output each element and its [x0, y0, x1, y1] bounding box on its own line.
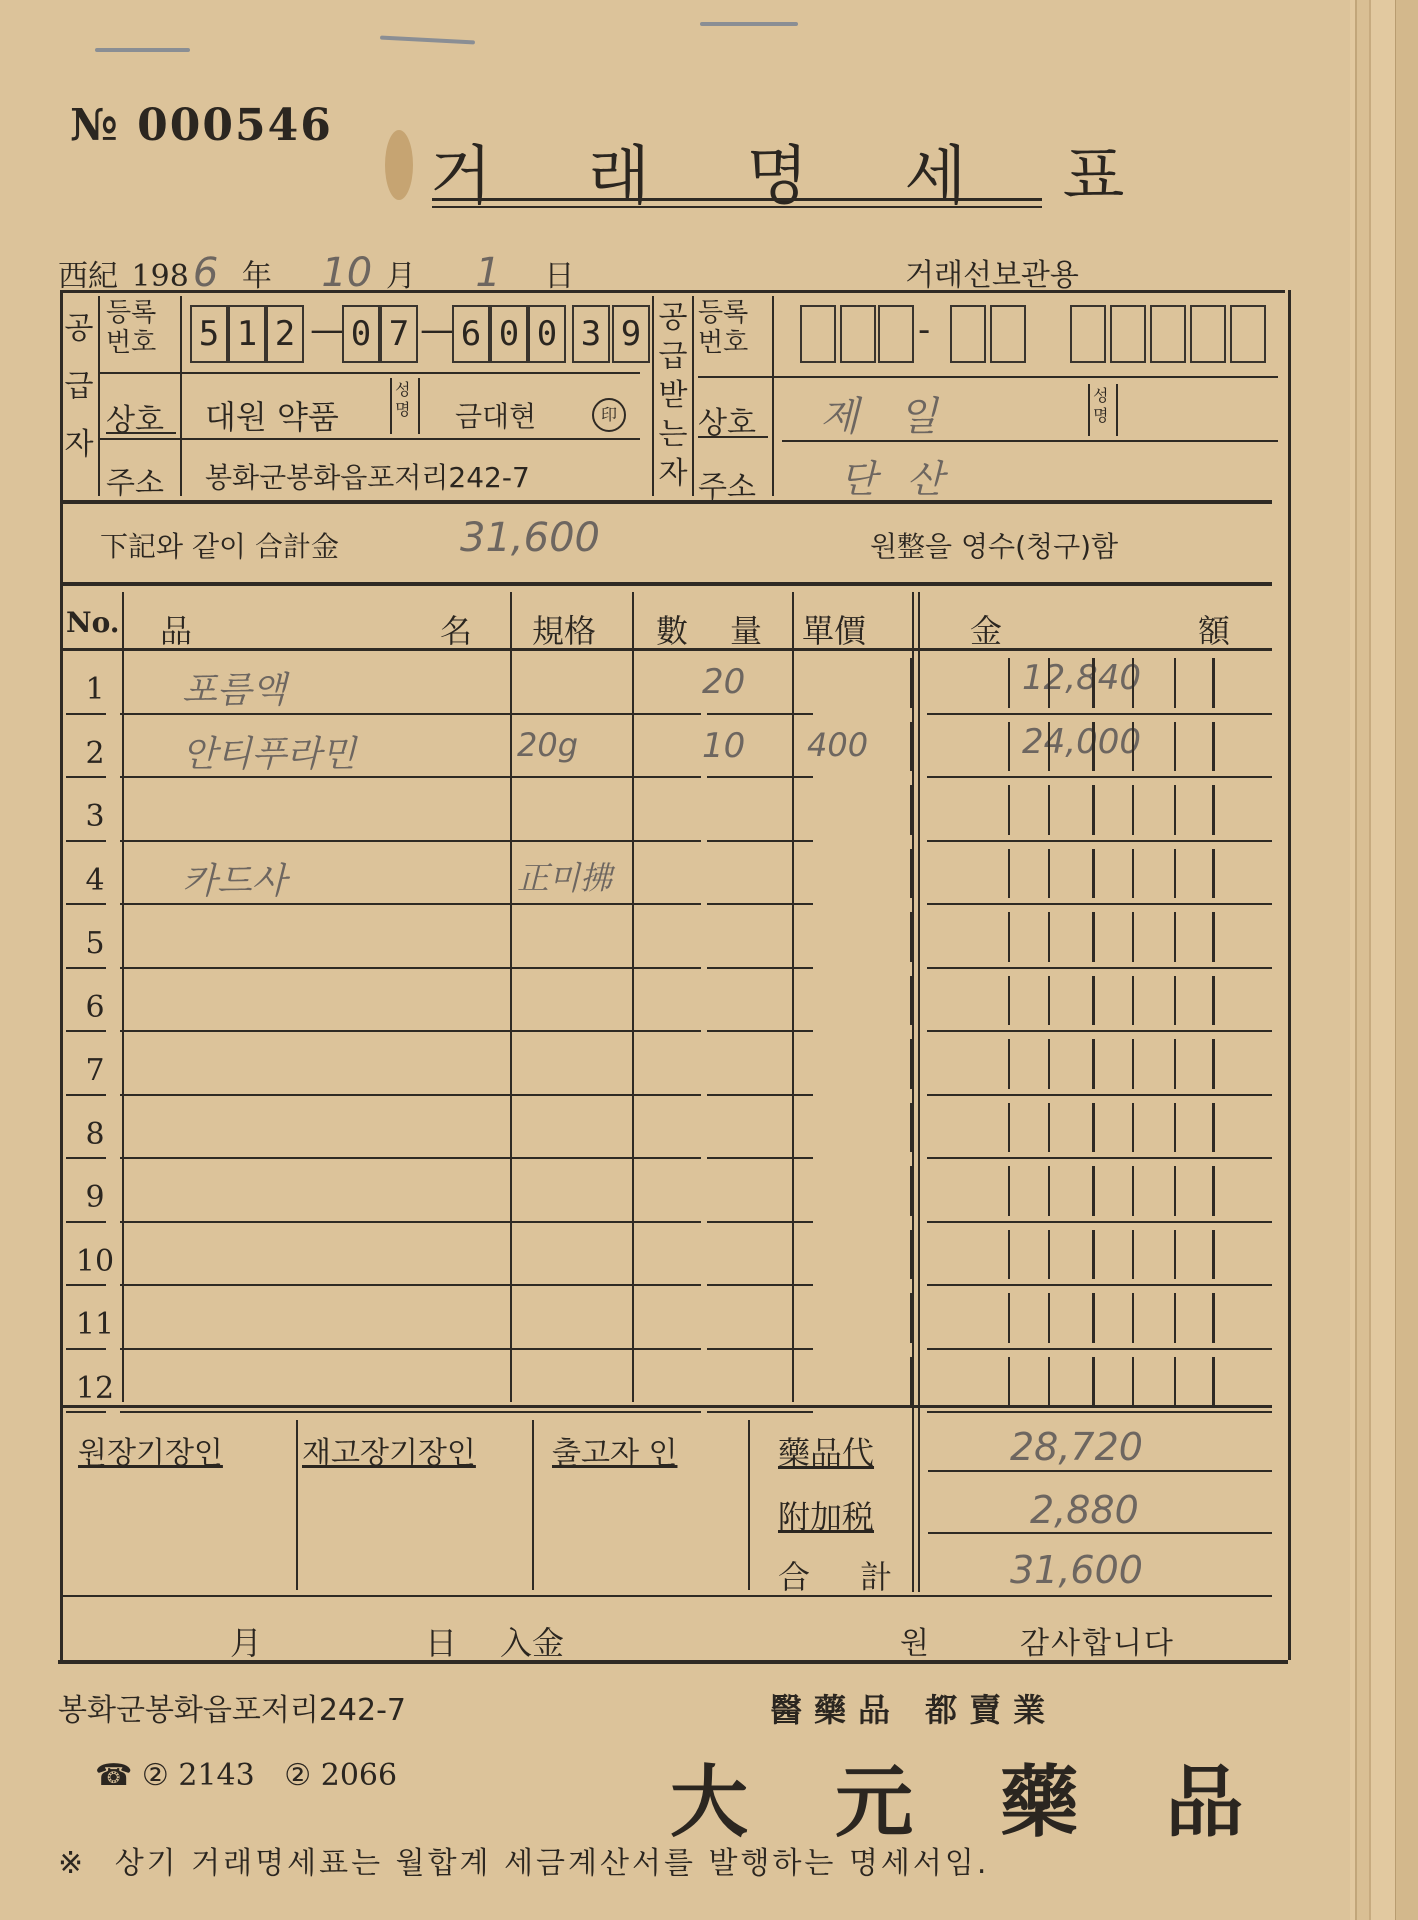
rule — [390, 378, 392, 434]
item-name-handwritten: 카드사 — [182, 853, 562, 904]
col-header-no: No. — [66, 606, 120, 639]
label-char: 공 — [656, 298, 690, 337]
supplier-reg-label: 등록 번호 — [106, 298, 156, 358]
buyer-reg-box[interactable] — [1070, 305, 1106, 363]
col-header-qty-b: 量 — [730, 606, 762, 652]
amount-digit-divider — [1132, 976, 1134, 1026]
amount-digit-divider — [1174, 1230, 1176, 1280]
amount-digit-divider — [1092, 1103, 1095, 1153]
amount-digit-divider — [1174, 1103, 1176, 1153]
rule — [58, 1660, 1288, 1664]
amount-digit-divider — [1092, 722, 1095, 772]
buyer-reg-box[interactable] — [1230, 305, 1266, 363]
amount-digit-divider — [1174, 1039, 1176, 1089]
rule — [927, 1284, 1272, 1286]
rule — [66, 776, 106, 778]
table-row: 7 — [62, 1033, 1272, 1097]
label-char: 는 — [656, 415, 690, 454]
rule — [575, 1284, 701, 1286]
buyer-reg-box[interactable] — [950, 305, 986, 363]
rule — [532, 1420, 534, 1590]
amount-digit-divider — [1132, 1230, 1134, 1280]
amount-digit-divider — [1008, 1166, 1010, 1216]
amount-digit-divider — [1048, 1039, 1050, 1089]
rule — [652, 296, 654, 496]
amount-digit-divider — [1048, 785, 1050, 835]
amount-digit-divider — [1132, 1166, 1134, 1216]
label-char: 자 — [656, 454, 690, 493]
total-handwritten: 31,600 — [1010, 1548, 1143, 1592]
table-row: 9 — [62, 1160, 1272, 1224]
serial-value: 000546 — [137, 100, 333, 151]
amount-digit-divider — [1212, 658, 1215, 708]
amount-digit-divider — [1048, 912, 1050, 962]
table-row: 10 — [62, 1224, 1272, 1288]
serial-number: № 000546 — [70, 100, 333, 151]
amount-digit-divider — [1132, 785, 1134, 835]
reg-dash: - — [918, 310, 930, 350]
table-row: 5 — [62, 906, 1272, 970]
rule — [455, 1030, 577, 1032]
amount-digit-divider — [910, 658, 913, 708]
title-underline — [432, 206, 1042, 208]
buyer-reg-box[interactable] — [1150, 305, 1186, 363]
supplier-rep-label: 성 명 — [395, 380, 410, 420]
company-name: 大 元 藥 品 — [670, 1740, 1273, 1852]
amount-digit-divider — [910, 912, 913, 962]
amount-handwritten: 12,840 — [1022, 658, 1252, 698]
rule — [692, 296, 694, 496]
amount-digit-divider — [1174, 722, 1176, 772]
col-header-spec: 規格 — [532, 606, 596, 652]
spec-handwritten: 正미拂 — [517, 853, 627, 899]
sum-line-suffix: 원整을 영수(청구)함 — [870, 525, 1118, 565]
amount-digit-divider — [1212, 1293, 1215, 1343]
row-number: 3 — [70, 799, 120, 834]
note-mark: ※ — [58, 1846, 83, 1881]
rule — [698, 376, 1278, 378]
amount-digit-divider — [1048, 722, 1050, 772]
label-char: 자 — [62, 416, 96, 474]
rule — [698, 436, 768, 438]
drug-cost-label: 藥品代 — [778, 1428, 874, 1474]
rule — [927, 903, 1272, 905]
rule — [707, 1094, 813, 1096]
buyer-name-handwritten: 제일 — [820, 385, 977, 442]
buyer-reg-label: 등록 번호 — [698, 298, 748, 358]
buyer-address-handwritten: 단산 — [840, 448, 973, 503]
phone1-area: ② — [142, 1758, 169, 1793]
row-number: 9 — [70, 1180, 120, 1215]
rule — [707, 840, 813, 842]
page-stack-edge-outer — [1395, 0, 1418, 1920]
reg-digit: 0 — [342, 305, 380, 363]
supplier-representative: 금대현 — [455, 395, 536, 435]
amount-digit-divider — [1008, 785, 1010, 835]
amount-digit-divider — [1212, 1357, 1215, 1407]
rule — [62, 1595, 1272, 1597]
amount-digit-divider — [1132, 1103, 1134, 1153]
spec-handwritten: 20g — [517, 726, 627, 764]
table-row: 1포름액2012,840 — [62, 652, 1272, 716]
amount-digit-divider — [1174, 1357, 1176, 1407]
amount-digit-divider — [1008, 1230, 1010, 1280]
amount-digit-divider — [1212, 976, 1215, 1026]
rule — [927, 776, 1272, 778]
amount-digit-divider — [1008, 1357, 1010, 1407]
amount-digit-divider — [910, 785, 913, 835]
amount-digit-divider — [910, 1293, 913, 1343]
rule — [100, 438, 640, 440]
business-type: 醫藥品 都賣業 — [770, 1685, 1057, 1731]
label-line: 성 — [395, 380, 410, 400]
rule — [455, 840, 577, 842]
rule — [66, 713, 106, 715]
sig-inventory-label: 재고장기장인 — [302, 1428, 476, 1472]
buyer-reg-box[interactable] — [1190, 305, 1226, 363]
item-name-handwritten: 포름액 — [182, 662, 562, 713]
sum-amount-handwritten: 31,600 — [460, 515, 600, 561]
rule — [927, 1348, 1272, 1350]
reg-digit: 0 — [490, 305, 528, 363]
amount-digit-divider — [1174, 658, 1176, 708]
day-unit: 日 — [544, 259, 574, 294]
amount-digit-divider — [910, 976, 913, 1026]
rule — [575, 840, 701, 842]
row-number: 5 — [70, 926, 120, 961]
reg-digit: 3 — [572, 305, 610, 363]
amount-digit-divider — [1174, 849, 1176, 899]
phone1: 2143 — [178, 1758, 254, 1793]
reg-dash: — — [420, 310, 454, 350]
amount-digit-divider — [1212, 1103, 1215, 1153]
footer-note: ※ 상기 거래명세표는 월합계 세금계산서를 발행하는 명세서임. — [58, 1838, 989, 1882]
rule — [418, 378, 420, 434]
table-row: 4카드사正미拂 — [62, 843, 1272, 907]
amount-digit-divider — [1132, 658, 1134, 708]
supplier-address-label: 주소 — [106, 458, 164, 502]
amount-digit-divider — [1212, 849, 1215, 899]
supplier-name: 대원 약품 — [205, 392, 339, 438]
serial-label: № — [70, 100, 120, 151]
amount-digit-divider — [1008, 912, 1010, 962]
rule — [1088, 384, 1090, 436]
deposit-won: 원 — [900, 1618, 929, 1662]
col-header-item-a: 品 — [160, 606, 192, 652]
table-row: 2안티푸라민20g1040024,000 — [62, 716, 1272, 780]
sig-inventory-box[interactable] — [300, 1470, 528, 1585]
label-char: 받 — [656, 376, 690, 415]
amount-digit-divider — [1008, 849, 1010, 899]
total-label: 合 計 — [778, 1552, 912, 1598]
deposit-month: 月 — [230, 1618, 262, 1664]
vat-handwritten: 2,880 — [1030, 1488, 1139, 1532]
rule — [66, 840, 106, 842]
rule — [575, 1221, 701, 1223]
rule — [928, 1532, 1272, 1534]
amount-digit-divider — [1132, 1357, 1134, 1407]
vat-label: 附加税 — [778, 1492, 874, 1538]
phone2-area: ② — [284, 1758, 311, 1793]
rule — [180, 296, 182, 496]
copy-type: 거래선보관용 — [905, 250, 1079, 294]
amount-digit-divider — [1092, 1039, 1095, 1089]
era-label: 西紀 — [58, 259, 118, 294]
rule — [455, 903, 577, 905]
amount-digit-divider — [1212, 1039, 1215, 1089]
rule — [707, 1284, 813, 1286]
amount-digit-divider — [1048, 1230, 1050, 1280]
row-number: 10 — [70, 1244, 120, 1279]
row-number: 4 — [70, 863, 120, 898]
rule — [62, 648, 1272, 651]
rule — [60, 290, 1285, 293]
rule — [98, 296, 100, 496]
amount-digit-divider — [1092, 1357, 1095, 1407]
qty-handwritten: 20 — [702, 662, 822, 702]
row-number: 6 — [70, 990, 120, 1025]
rule — [575, 1094, 701, 1096]
rule — [782, 440, 1278, 442]
rule — [927, 840, 1272, 842]
rule — [455, 776, 577, 778]
rule — [66, 1221, 106, 1223]
rule — [455, 1284, 577, 1286]
amount-digit-divider — [1048, 658, 1050, 708]
label-char: 급 — [62, 358, 96, 416]
amount-digit-divider — [1008, 1293, 1010, 1343]
amount-digit-divider — [1008, 976, 1010, 1026]
amount-digit-divider — [1008, 1039, 1010, 1089]
rule — [707, 967, 813, 969]
staple — [700, 22, 798, 26]
reg-digit: 9 — [612, 305, 650, 363]
staple — [95, 48, 190, 52]
rule — [707, 1157, 813, 1159]
amount-digit-divider — [1174, 912, 1176, 962]
rule — [100, 372, 640, 374]
label-line: 번호 — [698, 328, 748, 358]
label-char: 급 — [656, 337, 690, 376]
amount-digit-divider — [1092, 912, 1095, 962]
col-header-unit-price: 單價 — [802, 606, 866, 652]
amount-digit-divider — [1174, 785, 1176, 835]
sig-shipper-label: 출고자 인 — [552, 1428, 677, 1472]
amount-digit-divider — [910, 1166, 913, 1216]
rule — [1116, 384, 1118, 436]
sig-shipper-box[interactable] — [538, 1470, 744, 1585]
row-number: 2 — [70, 736, 120, 771]
rule — [927, 713, 1272, 715]
amount-digit-divider — [1132, 1293, 1134, 1343]
amount-digit-divider — [1092, 658, 1095, 708]
rule — [748, 1420, 750, 1590]
amount-digit-divider — [1048, 976, 1050, 1026]
document-title: 거 래 명 세 표 — [430, 125, 1163, 217]
col-header-item-b: 名 — [440, 606, 472, 652]
label-line: 번호 — [106, 328, 156, 358]
reg-digit: 7 — [380, 305, 418, 363]
amount-digit-divider — [910, 1039, 913, 1089]
rule — [575, 1157, 701, 1159]
amount-digit-divider — [1048, 849, 1050, 899]
amount-digit-divider — [910, 849, 913, 899]
amount-digit-divider — [1132, 722, 1134, 772]
amount-digit-divider — [1048, 1103, 1050, 1153]
row-number: 12 — [70, 1371, 120, 1406]
amount-digit-divider — [1132, 912, 1134, 962]
amount-digit-divider — [910, 1103, 913, 1153]
reg-digit: 6 — [452, 305, 490, 363]
sum-line-prefix: 下記와 같이 合計金 — [100, 525, 339, 565]
rule — [707, 903, 813, 905]
buyer-reg-box[interactable] — [878, 305, 914, 363]
amount-digit-divider — [1092, 1166, 1095, 1216]
qty-handwritten: 10 — [702, 726, 822, 766]
buyer-reg-box[interactable] — [840, 305, 876, 363]
rule — [927, 1030, 1272, 1032]
amount-digit-divider — [1132, 849, 1134, 899]
amount-digit-divider — [1174, 1166, 1176, 1216]
amount-digit-divider — [1092, 1293, 1095, 1343]
table-row: 6 — [62, 970, 1272, 1034]
amount-digit-divider — [1092, 849, 1095, 899]
rule — [66, 1030, 106, 1032]
rule — [575, 1348, 701, 1350]
year-prefix: 198 — [132, 259, 189, 294]
amount-digit-divider — [910, 1230, 913, 1280]
stain — [385, 130, 413, 200]
item-name-handwritten: 안티푸라민 — [182, 726, 562, 777]
sig-ledger-box[interactable] — [70, 1470, 290, 1585]
rule — [455, 967, 577, 969]
supplier-section-label: 공 급 자 — [62, 300, 96, 474]
rule — [707, 1348, 813, 1350]
label-line: 명 — [395, 400, 410, 420]
rule — [106, 432, 176, 434]
rule — [455, 1221, 577, 1223]
amount-digit-divider — [1212, 785, 1215, 835]
table-row: 3 — [62, 779, 1272, 843]
rule — [707, 1221, 813, 1223]
amount-handwritten: 24,000 — [1022, 722, 1252, 762]
rule — [707, 1411, 813, 1413]
rule — [575, 1030, 701, 1032]
buyer-rep-label: 성 명 — [1093, 386, 1108, 426]
col-header-qty-a: 數 — [656, 606, 688, 652]
rule — [707, 1030, 813, 1032]
buyer-reg-box[interactable] — [1110, 305, 1146, 363]
rule — [455, 1094, 577, 1096]
buyer-section-label: 공 급 받 는 자 — [656, 298, 690, 493]
rule — [455, 1157, 577, 1159]
reg-digit: 2 — [266, 305, 304, 363]
amount-digit-divider — [1048, 1293, 1050, 1343]
rule — [66, 1094, 106, 1096]
rule — [575, 776, 701, 778]
rule — [707, 713, 813, 715]
rule — [575, 967, 701, 969]
rule — [62, 500, 1272, 504]
deposit-day: 日 — [425, 1618, 457, 1664]
reg-digit: 1 — [228, 305, 266, 363]
amount-digit-divider — [910, 1357, 913, 1407]
col-header-amount-a: 金 — [970, 606, 1002, 652]
rule — [455, 1348, 577, 1350]
seal-mark: 印 — [592, 398, 626, 432]
amount-digit-divider — [1008, 722, 1010, 772]
reg-digit: 5 — [190, 305, 228, 363]
amount-digit-divider — [1092, 976, 1095, 1026]
rule — [575, 713, 701, 715]
amount-digit-divider — [1212, 1230, 1215, 1280]
rule — [927, 1411, 1272, 1413]
rule — [66, 903, 106, 905]
sig-ledger-label: 원장기장인 — [78, 1428, 223, 1472]
rule — [66, 1157, 106, 1159]
reg-dash: — — [310, 310, 344, 350]
label-line: 성 — [1093, 386, 1108, 406]
year-unit: 年 — [242, 259, 272, 294]
row-number: 8 — [70, 1117, 120, 1152]
table-row: 8 — [62, 1097, 1272, 1161]
amount-digit-divider — [1174, 1293, 1176, 1343]
buyer-reg-box[interactable] — [800, 305, 836, 363]
unit-price-handwritten: 400 — [807, 726, 917, 764]
rule — [296, 1420, 298, 1590]
rule — [707, 776, 813, 778]
table-row: 11 — [62, 1287, 1272, 1351]
drug-cost-handwritten: 28,720 — [1010, 1425, 1143, 1469]
col-header-amount-b: 額 — [1198, 606, 1230, 652]
month-unit: 月 — [386, 259, 416, 294]
note-text: 상기 거래명세표는 월합계 세금계산서를 발행하는 명세서임. — [115, 1846, 990, 1881]
deposit-label: 入金 — [500, 1618, 564, 1664]
amount-digit-divider — [1212, 722, 1215, 772]
phone2: 2066 — [321, 1758, 397, 1793]
rule — [455, 713, 577, 715]
row-number: 7 — [70, 1053, 120, 1088]
rule — [62, 582, 1272, 586]
rule — [62, 1405, 1272, 1408]
buyer-reg-box[interactable] — [990, 305, 1026, 363]
amount-digit-divider — [1048, 1166, 1050, 1216]
label-line: 명 — [1093, 406, 1108, 426]
page-stack-edge — [1355, 0, 1371, 1920]
title-underline — [432, 198, 1042, 201]
rule — [66, 1284, 106, 1286]
reg-digit: 0 — [528, 305, 566, 363]
telephone-icon: ☎ — [95, 1758, 132, 1793]
label-line: 등록 — [106, 298, 156, 328]
supplier-address: 봉화군봉화읍포저리242-7 — [205, 456, 530, 496]
amount-digit-divider — [1092, 1230, 1095, 1280]
row-number: 1 — [70, 672, 120, 707]
amount-digit-divider — [1132, 1039, 1134, 1089]
amount-digit-divider — [1048, 1357, 1050, 1407]
phone-line: ☎ ② 2143 ② 2066 — [95, 1758, 397, 1793]
rule — [455, 1411, 577, 1413]
label-char: 공 — [62, 300, 96, 358]
rule — [927, 1157, 1272, 1159]
rule — [928, 1470, 1272, 1472]
amount-digit-divider — [1092, 785, 1095, 835]
amount-digit-divider — [1174, 976, 1176, 1026]
amount-digit-divider — [910, 722, 913, 772]
thanks-text: 감사합니다 — [1020, 1618, 1175, 1662]
amount-digit-divider — [1212, 912, 1215, 962]
amount-digit-divider — [1008, 658, 1010, 708]
